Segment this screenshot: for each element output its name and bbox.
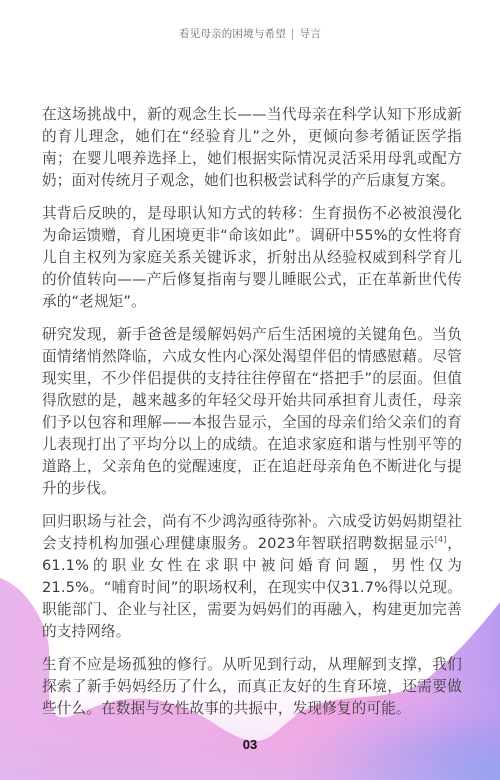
paragraph-cognition-shift: 其背后反映的，是母职认知方式的转移：生育损伤不必被浪漫化为命运馈赠，育儿困境更非… [42, 203, 462, 313]
page-number: 03 [0, 737, 500, 752]
header-title: 看见母亲的困境与希望 [179, 28, 286, 40]
header-section: 导言 [300, 28, 321, 40]
paragraph-text-before: 回归职场与社会，尚有不少鸿沟亟待弥补。六成受访妈妈期望社会支持机构加强心理健康服… [42, 513, 462, 552]
paragraph-conclusion: 生育不应是场孤独的修行。从听见到行动，从理解到支撑，我们探索了新手妈妈经历了什么… [42, 654, 462, 720]
paragraph-workplace-society: 回归职场与社会，尚有不少鸿沟亟待弥补。六成受访妈妈期望社会支持机构加强心理健康服… [42, 511, 462, 643]
running-header: 看见母亲的困境与希望|导言 [0, 26, 500, 41]
paragraph-new-fathers: 研究发现，新手爸爸是缓解妈妈产后生活困境的关键角色。当负面情绪悄然降临，六成女性… [42, 324, 462, 500]
header-separator: | [291, 28, 295, 40]
body-text: 在这场挑战中，新的观念生长——当代母亲在科学认知下形成新的育儿理念，她们在“经验… [42, 104, 462, 731]
paragraph-new-concepts: 在这场挑战中，新的观念生长——当代母亲在科学认知下形成新的育儿理念，她们在“经验… [42, 104, 462, 192]
document-page: 看见母亲的困境与希望|导言 在这场挑战中，新的观念生长——当代母亲在科学认知下形… [0, 0, 500, 780]
footnote-reference[interactable]: [4] [435, 535, 447, 544]
